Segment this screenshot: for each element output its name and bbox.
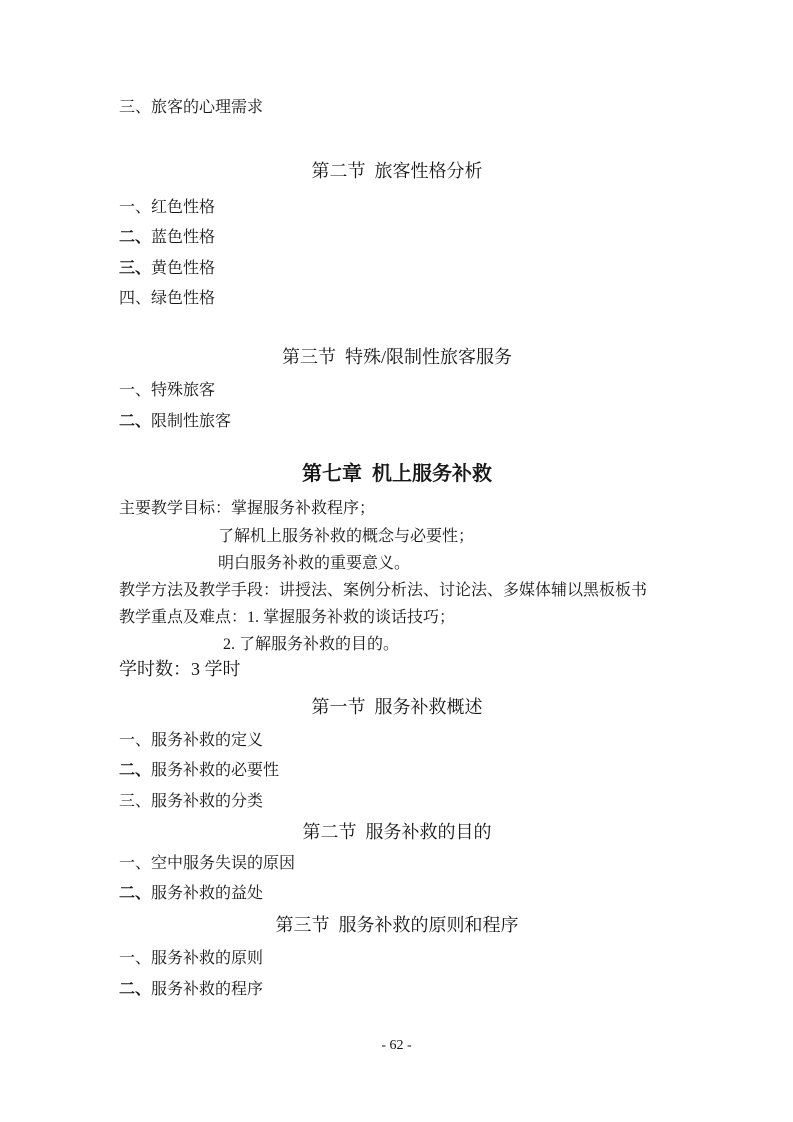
- list-item: 一、服务补救的定义: [119, 729, 675, 752]
- item-number: 一、: [119, 382, 151, 399]
- teaching-goals-label: 主要教学目标：: [119, 500, 231, 517]
- item-text: 服务补救的程序: [151, 981, 263, 998]
- item-text: 服务补救的必要性: [151, 762, 279, 779]
- item-text: 黄色性格: [151, 260, 215, 277]
- carryover-list-item: 三、旅客的心理需求: [119, 96, 675, 119]
- list-item: 二、服务补救的必要性: [119, 759, 675, 782]
- item-number: 二、: [119, 229, 151, 246]
- item-text: 红色性格: [151, 199, 215, 216]
- item-number: 二、: [119, 413, 151, 430]
- item-text: 服务补救的原则: [151, 950, 263, 967]
- teaching-goal-text: 掌握服务补救程序；: [231, 500, 375, 517]
- section-title-recovery-principles: 第三节 服务补救的原则和程序: [119, 913, 675, 938]
- class-hours-line: 学时数：3 学时: [119, 657, 675, 682]
- list-item: 一、特殊旅客: [119, 379, 675, 402]
- key-points-continued: 2. 了解服务补救的目的。: [119, 633, 779, 656]
- item-text: 绿色性格: [151, 290, 215, 307]
- teaching-goal-continued: 明白服务补救的重要意义。: [119, 552, 774, 575]
- item-text: 服务补救的分类: [151, 793, 263, 810]
- list-item: 一、空中服务失误的原因: [119, 852, 675, 875]
- section-title-recovery-overview: 第一节 服务补救概述: [119, 695, 675, 720]
- item-text: 服务补救的益处: [151, 885, 263, 902]
- document-page: 三、旅客的心理需求 第二节 旅客性格分析 一、红色性格 二、蓝色性格 三、黄色性…: [0, 0, 793, 1122]
- item-number: 三、: [119, 99, 151, 116]
- list-item: 二、服务补救的程序: [119, 978, 675, 1001]
- item-number: 三、: [119, 260, 151, 277]
- list-item: 二、限制性旅客: [119, 410, 675, 433]
- key-points-line: 教学重点及难点：1. 掌握服务补救的谈话技巧；: [119, 606, 675, 629]
- teaching-goal-continued: 了解机上服务补救的概念与必要性；: [119, 525, 774, 548]
- item-text: 限制性旅客: [151, 413, 231, 430]
- list-item: 三、黄色性格: [119, 257, 675, 280]
- item-number: 一、: [119, 855, 151, 872]
- item-number: 二、: [119, 762, 151, 779]
- list-item: 一、服务补救的原则: [119, 947, 675, 970]
- item-text: 旅客的心理需求: [151, 99, 263, 116]
- chapter-title: 第七章 机上服务补救: [119, 461, 675, 488]
- item-text: 空中服务失误的原因: [151, 855, 295, 872]
- item-number: 二、: [119, 885, 151, 902]
- list-item: 二、蓝色性格: [119, 226, 675, 249]
- list-item: 四、绿色性格: [119, 287, 675, 310]
- list-item: 二、服务补救的益处: [119, 882, 675, 905]
- page-number: - 62 -: [0, 1036, 793, 1056]
- item-number: 一、: [119, 950, 151, 967]
- item-text: 蓝色性格: [151, 229, 215, 246]
- teaching-goals-line: 主要教学目标：掌握服务补救程序；: [119, 497, 675, 520]
- item-number: 四、: [119, 290, 151, 307]
- item-number: 三、: [119, 793, 151, 810]
- list-item: 一、红色性格: [119, 196, 675, 219]
- section-title-recovery-purpose: 第二节 服务补救的目的: [119, 820, 675, 845]
- list-item: 三、服务补救的分类: [119, 790, 675, 813]
- section-title-special-passengers: 第三节 特殊/限制性旅客服务: [119, 345, 675, 370]
- section-title-personality: 第二节 旅客性格分析: [119, 159, 675, 184]
- item-text: 特殊旅客: [151, 382, 215, 399]
- teaching-methods-line: 教学方法及教学手段：讲授法、案例分析法、讨论法、多媒体辅以黑板板书: [119, 579, 675, 602]
- item-text: 服务补救的定义: [151, 732, 263, 749]
- item-number: 一、: [119, 732, 151, 749]
- item-number: 一、: [119, 199, 151, 216]
- item-number: 二、: [119, 981, 151, 998]
